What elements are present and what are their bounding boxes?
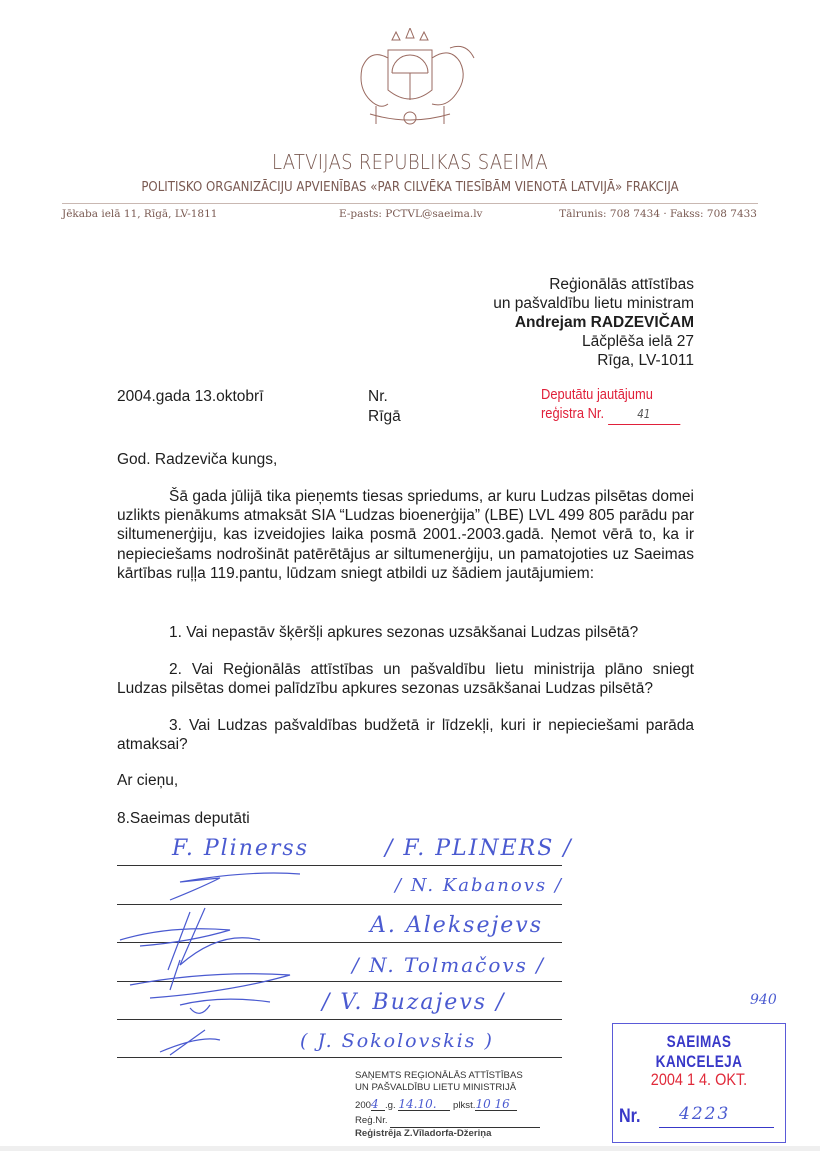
received-reg-label: Reģ.Nr. [355, 1115, 388, 1126]
printed-name-5: / V. Buzajevs / [322, 990, 505, 1015]
printed-name-4: / N. Tolmačovs / [352, 953, 545, 977]
received-line2: UN PAŠVALDĪBU LIETU MINISTRIJĀ [355, 1082, 540, 1094]
letterhead-phone-fax: Tālrunis: 708 7434 · Fakss: 708 7433 [559, 208, 757, 220]
chancery-stamp-title: SAEIMAS KANCELEJA [630, 1032, 768, 1072]
faction-subtitle: POLITISKO ORGANIZĀCIJU APVIENĪBAS «PAR C… [49, 180, 771, 195]
received-g-label: .g. [385, 1100, 396, 1111]
received-line1: SAŅEMTS REĢIONĀLĀS ATTĪSTĪBAS [355, 1070, 540, 1082]
chancery-stamp-number: 4223 [679, 1104, 730, 1124]
parliament-title: LATVIJAS REPUBLIKAS SAEIMA [41, 150, 779, 174]
letterhead-email[interactable]: E-pasts: PCTVL@saeima.lv [339, 208, 482, 220]
closing: Ar cieņu, [117, 772, 178, 790]
printed-name-2: / N. Kabanovs / [395, 875, 563, 896]
signature-1: F. Plinerss [172, 836, 309, 861]
question-1: 1. Vai nepastāv šķēršļi apkures sezonas … [117, 623, 694, 642]
received-registrar: Reģistrēja Z.Vīladorfa-Džeriņa [355, 1128, 540, 1140]
letter-nr-label: Nr. [368, 388, 388, 406]
printed-name-3: A. Aleksejevs [370, 913, 543, 938]
latvia-coat-of-arms-icon [340, 28, 480, 133]
register-stamp-line1: Deputātu jautājumu [541, 385, 680, 404]
chancery-stamp-date: 2004 1 4. OKT. [626, 1070, 772, 1090]
question-3: 3. Vai Ludzas pašvaldības budžetā ir līd… [117, 716, 694, 754]
ministry-received-stamp: SAŅEMTS REĢIONĀLĀS ATTĪSTĪBAS UN PAŠVALD… [355, 1070, 540, 1140]
letterhead-divider [62, 203, 758, 204]
handwritten-note: 940 [750, 992, 777, 1008]
letterhead-address: Jēkaba ielā 11, Rīgā, LV-1811 [62, 208, 217, 220]
received-time: 10 16 [475, 1098, 517, 1111]
recipient-line1: Reģionālās attīstības [493, 275, 694, 294]
register-number: 41 [608, 405, 680, 425]
body-intro: Šā gada jūlijā tika pieņemts tiesas spri… [117, 487, 694, 583]
recipient-street: Lāčplēša ielā 27 [493, 332, 694, 351]
chancery-stamp: SAEIMAS KANCELEJA 2004 1 4. OKT. Nr. 422… [612, 1023, 786, 1143]
recipient-city: Rīga, LV-1011 [493, 351, 694, 370]
printed-name-1: / F. PLINERS / [385, 836, 573, 861]
recipient-line2: un pašvaldību lietu ministram [493, 294, 694, 313]
register-stamp-line2: reģistra Nr. [541, 405, 604, 422]
letter-place: Rīgā [368, 408, 401, 426]
questions-register-stamp: Deputātu jautājumu reģistra Nr. 41 [541, 385, 680, 425]
signatory-group: 8.Saeimas deputāti [117, 810, 250, 828]
chancery-stamp-nr-label: Nr. [619, 1106, 641, 1128]
received-time-label: plkst. [453, 1100, 475, 1111]
recipient-name: Andrejam RADZEVIČAM [493, 313, 694, 332]
question-2: 2. Vai Reģionālās attīstības un pašvaldī… [117, 660, 694, 698]
letter-date: 2004.gada 13.oktobrī [117, 388, 264, 406]
recipient-block: Reģionālās attīstības un pašvaldību liet… [493, 275, 694, 370]
received-year-digit: 4 [371, 1098, 385, 1111]
scan-edge [0, 1146, 820, 1151]
received-year-prefix: 200 [355, 1100, 371, 1111]
chancery-stamp-nr-line [659, 1127, 774, 1128]
salutation: God. Radzeviča kungs, [117, 451, 277, 469]
printed-name-6: ( J. Sokolovskis ) [300, 1030, 494, 1052]
received-date: 14.10. [398, 1098, 450, 1111]
